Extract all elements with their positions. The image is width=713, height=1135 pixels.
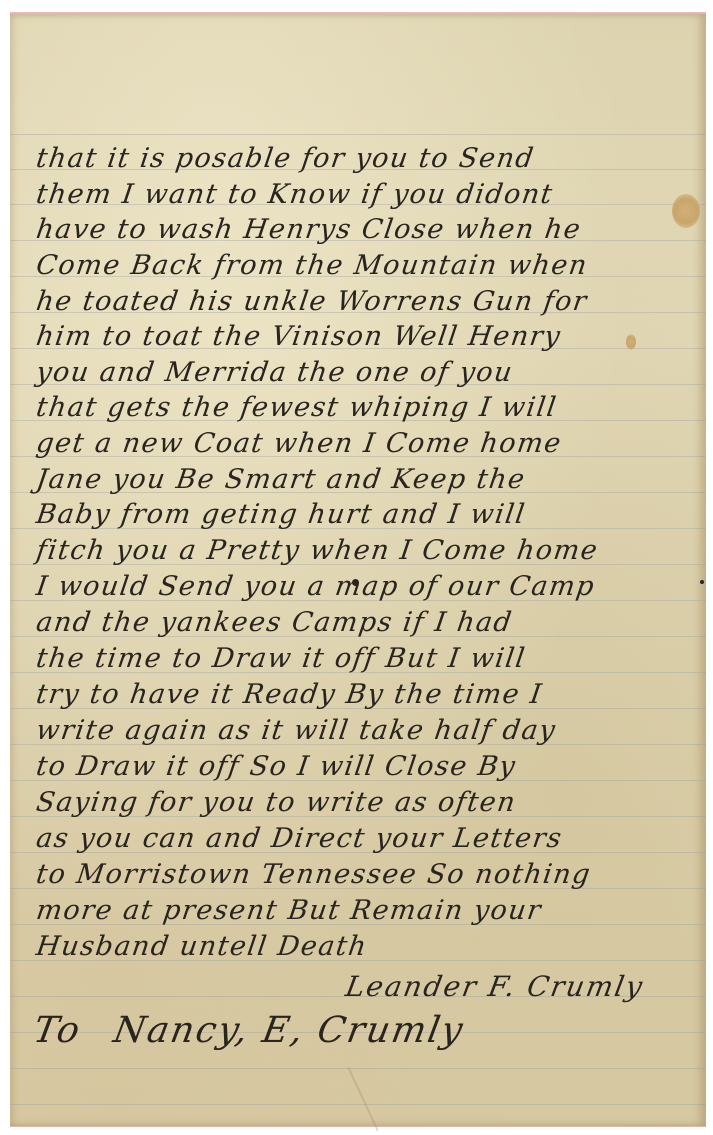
letter-line: them I want to Know if you didont xyxy=(34,178,699,212)
letter-line: have to wash Henrys Close when he xyxy=(34,213,699,247)
letter-line: more at present But Remain your xyxy=(34,894,699,928)
letter-line: as you can and Direct your Letters xyxy=(34,822,699,856)
letter-line: that it is posable for you to Send xyxy=(34,142,699,176)
letter-line: to Draw it off So I will Close By xyxy=(34,750,699,784)
letter-line: the time to Draw it off But I will xyxy=(34,642,699,676)
ruled-line xyxy=(10,1104,706,1105)
letter-line: fitch you a Pretty when I Come home xyxy=(34,534,699,568)
letter-line: you and Merrida the one of you xyxy=(34,356,699,390)
letter-line: Baby from geting hurt and I will xyxy=(34,498,699,532)
ruled-line xyxy=(10,134,706,135)
letter-line: write again as it will take half day xyxy=(34,714,699,748)
letter-line: that gets the fewest whiping I will xyxy=(34,391,699,425)
letter-line: him to toat the Vinison Well Henry xyxy=(34,320,699,354)
ruled-line xyxy=(10,1068,706,1069)
addressee-prefix: To xyxy=(30,1010,84,1051)
letter-line: Jane you Be Smart and Keep the xyxy=(34,463,699,497)
ink-blot xyxy=(700,580,704,584)
letter-line: and the yankees Camps if I had xyxy=(34,606,699,640)
signature: Leander F. Crumly xyxy=(343,970,647,1003)
letter-line: get a new Coat when I Come home xyxy=(34,427,699,461)
letter-line: Husband untell Death xyxy=(34,930,699,964)
letter-line: to Morristown Tennessee So nothing xyxy=(34,858,699,892)
letter-page: that it is posable for you to Send them … xyxy=(10,12,706,1127)
letter-line: try to have it Ready By the time I xyxy=(34,678,699,712)
letter-line: he toated his unkle Worrens Gun for xyxy=(34,285,699,319)
addressee-name: Nancy, E, Crumly xyxy=(110,1010,467,1051)
paper-crease xyxy=(347,1067,378,1131)
letter-line: I would Send you a map of our Camp xyxy=(34,570,699,604)
letter-line: Saying for you to write as often xyxy=(34,786,699,820)
letter-line: Come Back from the Mountain when xyxy=(34,249,699,283)
